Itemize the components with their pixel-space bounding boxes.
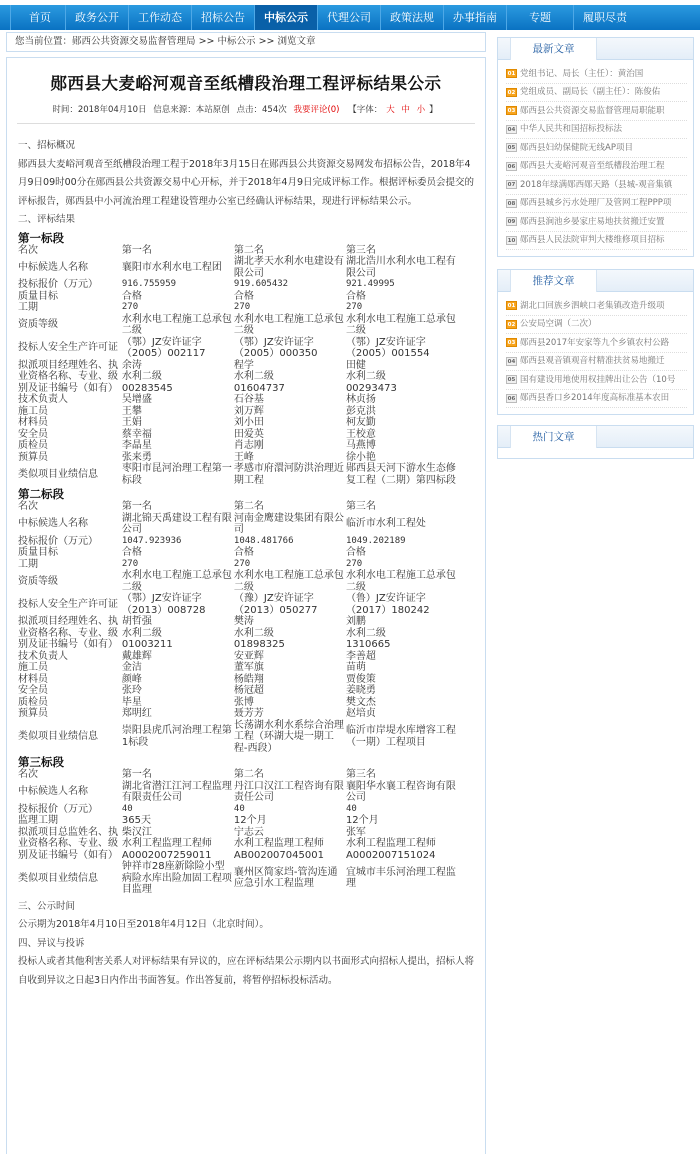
article-link-label: 公安局空调（二次） <box>520 316 597 334</box>
row-label: 名次 <box>18 769 122 781</box>
table-cell: 921.49995 <box>346 279 458 291</box>
table-cell: 水利水电工程施工总承包二级 <box>346 570 458 593</box>
article-link[interactable]: 05国有建设用地使用权挂牌出让公告（10号 <box>506 371 687 390</box>
section1-text: 郧西县大麦峪河观音至纸槽段治理工程于2018年3月15日在郧西县公共资源交易网发… <box>18 156 475 212</box>
row-label: 名次 <box>18 245 122 257</box>
table-row: 投标报价（万元）916.755959919.605432921.49995 <box>18 279 458 291</box>
table-row: 质检员李晶星肖志刚马燕博 <box>18 440 458 452</box>
table-cell: 肖志刚 <box>234 440 346 452</box>
latest-articles-panel: 最新文章 01党组书记、局长（主任）：黄治国02党组成员、副局长（副主任）：陈俊… <box>497 37 694 257</box>
table-cell: 王娟 <box>122 417 234 429</box>
panel-header: 热门文章 <box>498 426 693 448</box>
table-row: 中标候选人名称湖北省潜江江河工程监理有限责任公司丹江口汉江工程咨询有限责任公司襄… <box>18 781 458 804</box>
table-row: 工期270270270 <box>18 559 458 571</box>
table-cell: 临沂市水利工程处 <box>346 513 458 536</box>
row-label: 资质等级 <box>18 570 122 593</box>
row-label: 类似项目业绩信息 <box>18 861 122 896</box>
hot-articles-title: 热门文章 <box>510 426 597 448</box>
hot-articles-panel: 热门文章 <box>497 425 694 459</box>
article-link[interactable]: 03郧西县2017年安家等九个乡镇农村公路 <box>506 334 687 353</box>
table-cell: 张来勇 <box>122 452 234 464</box>
rank-badge-icon: 03 <box>506 338 517 347</box>
rank-badge-icon: 01 <box>506 69 517 78</box>
table-row: 材料员王娟刘小田柯友勤 <box>18 417 458 429</box>
table-cell: 赵培贞 <box>346 708 458 720</box>
table-cell: 水利水电工程施工总承包二级 <box>234 570 346 593</box>
row-label: 投标人安全生产许可证 <box>18 337 122 360</box>
article-link-label: 郧西县城乡污水处理厂及管网工程PPP项 <box>520 195 671 213</box>
article-link-label: 郧西县妇幼保健院无线AP项目 <box>520 139 633 157</box>
row-label: 投标报价（万元） <box>18 279 122 291</box>
article-link[interactable]: 03郧西县公共资源交易监督管理局职能职 <box>506 102 687 121</box>
article-link-label: 郧西县观音镇观音村精准扶贫易地搬迁 <box>520 353 665 371</box>
nav-item-home[interactable]: 首页 <box>10 5 65 30</box>
table-row: 技术负责人吴增盛石谷基林贞扬 <box>18 394 458 406</box>
breadcrumb-link-bureau[interactable]: 郧西公共资源交易监督管理局 <box>72 36 196 47</box>
nav-item-tender-notice[interactable]: 招标公告 <box>191 5 254 30</box>
table-row: 投标人安全生产许可证（鄂）JZ安许证字（2005）002117（鄂）JZ安许证字… <box>18 337 458 360</box>
table-cell: 贾俊策 <box>346 674 458 686</box>
rank-badge-icon: 04 <box>506 357 517 366</box>
recommended-articles-panel: 推荐文章 01湖北口回族乡泗峡口老集镇改造升级项02公安局空调（二次）03郧西县… <box>497 269 694 415</box>
table-cell: 水利水电工程施工总承包二级 <box>122 314 234 337</box>
table-cell: 宜城市丰乐河治理工程监理 <box>346 861 458 896</box>
row-label: 材料员 <box>18 417 122 429</box>
table-row: 安全员张玲杨冠超姜晓勇 <box>18 685 458 697</box>
table-row: 名次第一名第二名第三名 <box>18 501 458 513</box>
table-cell: 柯友勤 <box>346 417 458 429</box>
table-cell: 12个月 <box>346 815 458 827</box>
table-cell: 杨冠超 <box>234 685 346 697</box>
table-cell: 董军旗 <box>234 662 346 674</box>
table-cell: 合格 <box>234 291 346 303</box>
article-link-label: 党组成员、副局长（副主任）：陈俊佑 <box>520 84 660 102</box>
row-label: 质量目标 <box>18 547 122 559</box>
font-medium-button[interactable]: 中 <box>401 105 410 115</box>
table-cell: 樊涛 水利二级 01898325 <box>234 616 346 651</box>
row-label: 拟派项目总监姓名、执业资格名称、专业、级别及证书编号（如有） <box>18 827 122 862</box>
table-row: 质量目标合格合格合格 <box>18 291 458 303</box>
table-cell: 270 <box>234 302 346 314</box>
table-row: 中标候选人名称湖北锦天禹建设工程有限公司河南金鹰建设集团有限公司临沂市水利工程处 <box>18 513 458 536</box>
article-link[interactable]: 04中华人民共和国招标投标法 <box>506 121 687 140</box>
row-label: 技术负责人 <box>18 394 122 406</box>
table-cell: 湖北锦天禹建设工程有限公司 <box>122 513 234 536</box>
row-label: 中标候选人名称 <box>18 513 122 536</box>
table-cell: 365天 <box>122 815 234 827</box>
table-row: 投标人安全生产许可证（鄂）JZ安许证字（2013）008728（豫）JZ安许证字… <box>18 593 458 616</box>
row-label: 投标报价（万元） <box>18 804 122 816</box>
table-cell: 合格 <box>234 547 346 559</box>
table-cell: 270 <box>122 559 234 571</box>
table-cell: 1047.923936 <box>122 536 234 548</box>
row-label: 类似项目业绩信息 <box>18 463 122 486</box>
table-cell: 郑明红 <box>122 708 234 720</box>
latest-articles-list: 01党组书记、局长（主任）：黄治国02党组成员、副局长（副主任）：陈俊佑03郧西… <box>498 60 693 256</box>
comment-link[interactable]: 我要评论(0) <box>293 105 339 115</box>
table-cell: 湖北省潜江江河工程监理有限责任公司 <box>122 781 234 804</box>
row-label: 预算员 <box>18 452 122 464</box>
lot-results-table: 名次第一名第二名第三名中标候选人名称湖北锦天禹建设工程有限公司河南金鹰建设集团有… <box>18 501 458 754</box>
row-label: 施工员 <box>18 662 122 674</box>
breadcrumb-link-award[interactable]: 中标公示 <box>218 36 256 47</box>
info-source: 信息来源：本站原创 <box>153 105 230 115</box>
table-row: 质检员毕星张博樊文杰 <box>18 697 458 709</box>
rank-badge-icon: 06 <box>506 162 517 171</box>
table-row: 施工员金洁董军旗苗萌 <box>18 662 458 674</box>
table-row: 类似项目业绩信息崇阳县虎爪河治理工程第1标段长荡湖水利水系综合治理工程（环湖大堤… <box>18 720 458 755</box>
article-link-label: 郧西县大麦峪河观音至纸槽段治理工程 <box>520 158 665 176</box>
nav-item-agency[interactable]: 代理公司 <box>317 5 380 30</box>
lot-title: 第三标段 <box>18 755 475 769</box>
table-cell: 安亚辉 <box>234 651 346 663</box>
table-cell: 40 <box>346 804 458 816</box>
nav-item-policy[interactable]: 政策法规 <box>380 5 443 30</box>
table-cell: 临沂市岸堤水库增容工程（一期）工程项目 <box>346 720 458 755</box>
table-cell: 合格 <box>346 547 458 559</box>
table-cell: 丹江口汉江工程咨询有限责任公司 <box>234 781 346 804</box>
table-row: 类似项目业绩信息枣阳市昆河治理工程第一标段孝感市府澴河防洪治理近期工程郧西县天河… <box>18 463 458 486</box>
font-size-label: 【字体： <box>348 105 382 115</box>
lot-results-table: 名次第一名第二名第三名中标候选人名称湖北省潜江江河工程监理有限责任公司丹江口汉江… <box>18 769 458 896</box>
table-cell: 马燕博 <box>346 440 458 452</box>
rank-badge-icon: 01 <box>506 301 517 310</box>
table-row: 名次第一名第二名第三名 <box>18 245 458 257</box>
lots-container: 第一标段名次第一名第二名第三名中标候选人名称襄阳市水利水电工程团湖北孝天水利水电… <box>18 231 475 896</box>
table-cell: 270 <box>346 302 458 314</box>
nav-item-work-news[interactable]: 工作动态 <box>128 5 191 30</box>
article-link[interactable]: 09郧西县涧池乡晏家庄易地扶贫搬迁安置 <box>506 213 687 232</box>
section3-text: 公示期为2018年4月10日至2018年4月12日（北京时间）。 <box>18 916 475 935</box>
lot-title: 第二标段 <box>18 487 475 501</box>
breadcrumb-separator: >> <box>199 36 215 47</box>
table-cell: 余涛 水利二级 00283545 <box>122 360 234 395</box>
article-link[interactable]: 06郧西县大麦峪河观音至纸槽段治理工程 <box>506 158 687 177</box>
table-cell: 徐小艳 <box>346 452 458 464</box>
article-panel: 郧西县大麦峪河观音至纸槽段治理工程评标结果公示 时间：2018年04月10日 信… <box>6 57 486 1154</box>
table-cell: 王校意 <box>346 429 458 441</box>
row-label: 技术负责人 <box>18 651 122 663</box>
table-row: 拟派项目总监姓名、执业资格名称、专业、级别及证书编号（如有）柴汉江 水利工程监理… <box>18 827 458 862</box>
table-cell: 40 <box>234 804 346 816</box>
table-cell: （鄂）JZ安许证字（2013）008728 <box>122 593 234 616</box>
table-cell: 王峰 <box>234 452 346 464</box>
table-row: 监理工期365天12个月12个月 <box>18 815 458 827</box>
table-cell: 张玲 <box>122 685 234 697</box>
rank-badge-icon: 06 <box>506 394 517 403</box>
table-cell: 田健 水利二级 00293473 <box>346 360 458 395</box>
table-cell: 程学 水利二级 01604737 <box>234 360 346 395</box>
table-cell: 樊文杰 <box>346 697 458 709</box>
publish-time: 时间：2018年04月10日 <box>52 105 146 115</box>
table-cell: 刘万辉 <box>234 406 346 418</box>
table-row: 拟派项目经理姓名、执业资格名称、专业、级别及证书编号（如有）胡哲强 水利二级 0… <box>18 616 458 651</box>
panel-header: 推荐文章 <box>498 270 693 292</box>
table-row: 拟派项目经理姓名、执业资格名称、专业、级别及证书编号（如有）余涛 水利二级 00… <box>18 360 458 395</box>
row-label: 名次 <box>18 501 122 513</box>
nav-item-gov-affairs[interactable]: 政务公开 <box>65 5 128 30</box>
rank-badge-icon: 02 <box>506 320 517 329</box>
section4-text: 投标人或者其他利害关系人对评标结果有异议的，应在评标结果公示期内以书面形式向招标… <box>18 953 475 990</box>
row-label: 监理工期 <box>18 815 122 827</box>
table-cell: 林贞扬 <box>346 394 458 406</box>
row-label: 质检员 <box>18 440 122 452</box>
table-cell: 12个月 <box>234 815 346 827</box>
table-cell: 刘小田 <box>234 417 346 429</box>
table-cell: 合格 <box>122 547 234 559</box>
table-cell: 湖北浩川水利水电工程有限公司 <box>346 256 458 279</box>
table-cell: 李晶星 <box>122 440 234 452</box>
table-cell: 颜峰 <box>122 674 234 686</box>
divider <box>17 123 475 124</box>
table-cell: 第二名 <box>234 245 346 257</box>
table-cell: 吴增盛 <box>122 394 234 406</box>
row-label: 安全员 <box>18 685 122 697</box>
table-cell: 枣阳市昆河治理工程第一标段 <box>122 463 234 486</box>
article-link-label: 郧西县2017年安家等九个乡镇农村公路 <box>520 334 669 352</box>
table-row: 技术负责人戴雄辉安亚辉李善超 <box>18 651 458 663</box>
click-count: 点击：454次 <box>237 105 287 115</box>
font-large-button[interactable]: 大 <box>386 105 395 115</box>
rank-badge-icon: 08 <box>506 199 517 208</box>
row-label: 拟派项目经理姓名、执业资格名称、专业、级别及证书编号（如有） <box>18 360 122 395</box>
table-cell: 270 <box>234 559 346 571</box>
breadcrumb-prefix: 您当前位置： <box>15 36 72 47</box>
table-cell: 第一名 <box>122 501 234 513</box>
table-cell: 姜晓勇 <box>346 685 458 697</box>
article-link-label: 郧西县人民法院审判大楼维修项目招标 <box>520 232 665 250</box>
recommended-articles-list: 01湖北口回族乡泗峡口老集镇改造升级项02公安局空调（二次）03郧西县2017年… <box>498 292 693 414</box>
section2-heading: 二、评标结果 <box>18 211 475 230</box>
rank-badge-icon: 07 <box>506 180 517 189</box>
breadcrumb-current: 浏览文章 <box>278 36 316 47</box>
lot-results-table: 名次第一名第二名第三名中标候选人名称襄阳市水利水电工程团湖北孝天水利水电建设有限… <box>18 245 458 487</box>
row-label: 施工员 <box>18 406 122 418</box>
table-cell: 田爱英 <box>234 429 346 441</box>
table-cell: 270 <box>122 302 234 314</box>
table-cell: 长荡湖水利水系综合治理工程（环湖大堤一期工程-西段） <box>234 720 346 755</box>
article-link[interactable]: 072018年绿满郧西郧天路（县城-观音集镇 <box>506 176 687 195</box>
table-cell: 919.605432 <box>234 279 346 291</box>
table-cell: 湖北孝天水利水电建设有限公司 <box>234 256 346 279</box>
article-link-label: 郧西县涧池乡晏家庄易地扶贫搬迁安置 <box>520 213 665 231</box>
table-cell: 孝感市府澴河防洪治理近期工程 <box>234 463 346 486</box>
table-cell: 916.755959 <box>122 279 234 291</box>
article-link-label: 郧西县公共资源交易监督管理局职能职 <box>520 102 665 120</box>
rank-badge-icon: 10 <box>506 236 517 245</box>
table-cell: 蔡幸福 <box>122 429 234 441</box>
article-link-label: 2018年绿满郧西郧天路（县城-观音集镇 <box>520 176 672 194</box>
article-link[interactable]: 06郧西县香口乡2014年度高标准基本农田 <box>506 390 687 409</box>
table-cell: 石谷基 <box>234 394 346 406</box>
table-cell: 水利水电工程施工总承包二级 <box>234 314 346 337</box>
panel-header: 最新文章 <box>498 38 693 60</box>
table-cell: 河南金鹰建设集团有限公司 <box>234 513 346 536</box>
table-row: 投标报价（万元）1047.9239361048.4817661049.20218… <box>18 536 458 548</box>
font-size-bracket: 】 <box>429 105 438 115</box>
rank-badge-icon: 04 <box>506 125 517 134</box>
table-cell: （鄂）JZ安许证字（2005）002117 <box>122 337 234 360</box>
table-cell: 张军 水利工程监理工程师 A0002007151024 <box>346 827 458 862</box>
row-label: 工期 <box>18 559 122 571</box>
table-cell: 张博 <box>234 697 346 709</box>
table-cell: 水利水电工程施工总承包二级 <box>346 314 458 337</box>
table-cell: 40 <box>122 804 234 816</box>
row-label: 投标报价（万元） <box>18 536 122 548</box>
breadcrumb: 您当前位置：郧西公共资源交易监督管理局 >> 中标公示 >> 浏览文章 <box>6 32 486 52</box>
nav-item-award-notice[interactable]: 中标公示 <box>254 5 317 30</box>
breadcrumb-separator: >> <box>259 36 275 47</box>
main-nav: 首页 政务公开 工作动态 招标公告 中标公示 代理公司 政策法规 办事指南 专题… <box>0 5 700 30</box>
table-row: 类似项目业绩信息钟祥市28座新除险小型病险水库出险加固工程项目监理襄州区简家垱-… <box>18 861 458 896</box>
table-cell: 胡哲强 水利二级 01003211 <box>122 616 234 651</box>
table-cell: 柴汉江 水利工程监理工程师 A0002007259011 <box>122 827 234 862</box>
rank-badge-icon: 09 <box>506 217 517 226</box>
table-cell: （鄂）JZ安许证字（2005）001554 <box>346 337 458 360</box>
table-cell: 李善超 <box>346 651 458 663</box>
table-row: 质量目标合格合格合格 <box>18 547 458 559</box>
table-row: 名次第一名第二名第三名 <box>18 769 458 781</box>
table-row: 工期270270270 <box>18 302 458 314</box>
font-size-controls: 【字体：大 中 小】 <box>346 105 439 115</box>
table-cell: 苗萌 <box>346 662 458 674</box>
table-cell: 金洁 <box>122 662 234 674</box>
table-cell: 刘鹏 水利二级 1310665 <box>346 616 458 651</box>
row-label: 工期 <box>18 302 122 314</box>
row-label: 中标候选人名称 <box>18 781 122 804</box>
table-cell: 杨皓翔 <box>234 674 346 686</box>
table-row: 投标报价（万元）404040 <box>18 804 458 816</box>
table-row: 中标候选人名称襄阳市水利水电工程团湖北孝天水利水电建设有限公司湖北浩川水利水电工… <box>18 256 458 279</box>
table-cell: 彭克洪 <box>346 406 458 418</box>
article-link[interactable]: 04郧西县观音镇观音村精准扶贫易地搬迁 <box>506 353 687 372</box>
table-cell: 襄州区简家垱-管沟连通应急引水工程监理 <box>234 861 346 896</box>
article-link[interactable]: 02党组成员、副局长（副主任）：陈俊佑 <box>506 84 687 103</box>
article-body: 一、招标概况 郧西县大麦峪河观音至纸槽段治理工程于2018年3月15日在郧西县公… <box>7 137 485 990</box>
table-cell: 崇阳县虎爪河治理工程第1标段 <box>122 720 234 755</box>
section4-heading: 四、异议与投诉 <box>18 935 475 954</box>
recommended-articles-title: 推荐文章 <box>510 270 597 292</box>
article-link[interactable]: 08郧西县城乡污水处理厂及管网工程PPP项 <box>506 195 687 214</box>
article-link[interactable]: 01湖北口回族乡泗峡口老集镇改造升级项 <box>506 297 687 316</box>
row-label: 类似项目业绩信息 <box>18 720 122 755</box>
table-row: 资质等级水利水电工程施工总承包二级水利水电工程施工总承包二级水利水电工程施工总承… <box>18 570 458 593</box>
article-link[interactable]: 10郧西县人民法院审判大楼维修项目招标 <box>506 232 687 251</box>
font-small-button[interactable]: 小 <box>417 105 426 115</box>
table-cell: 戴雄辉 <box>122 651 234 663</box>
table-cell: 合格 <box>346 291 458 303</box>
table-cell: 第二名 <box>234 769 346 781</box>
table-cell: 水利水电工程施工总承包二级 <box>122 570 234 593</box>
row-label: 预算员 <box>18 708 122 720</box>
article-link[interactable]: 05郧西县妇幼保健院无线AP项目 <box>506 139 687 158</box>
article-link-label: 湖北口回族乡泗峡口老集镇改造升级项 <box>520 297 665 315</box>
table-row: 施工员王攀刘万辉彭克洪 <box>18 406 458 418</box>
table-cell: 宁志云 水利工程监理工程师 AB002007045001 <box>234 827 346 862</box>
article-link-label: 郧西县香口乡2014年度高标准基本农田 <box>520 390 669 408</box>
table-cell: （豫）JZ安许证字（2013）050277 <box>234 593 346 616</box>
article-link-label: 中华人民共和国招标投标法 <box>520 121 622 139</box>
table-row: 预算员张来勇王峰徐小艳 <box>18 452 458 464</box>
article-link[interactable]: 01党组书记、局长（主任）：黄治国 <box>506 65 687 84</box>
table-cell: （鲁）JZ安许证字（2017）180242 <box>346 593 458 616</box>
table-row: 安全员蔡幸福田爱英王校意 <box>18 429 458 441</box>
table-cell: 襄阳市水利水电工程团 <box>122 256 234 279</box>
nav-item-guide[interactable]: 办事指南 <box>443 5 506 30</box>
row-label: 质检员 <box>18 697 122 709</box>
row-label: 安全员 <box>18 429 122 441</box>
table-row: 材料员颜峰杨皓翔贾俊策 <box>18 674 458 686</box>
table-cell: 毕星 <box>122 697 234 709</box>
lot-title: 第一标段 <box>18 231 475 245</box>
rank-badge-icon: 02 <box>506 88 517 97</box>
table-cell: 第三名 <box>346 769 458 781</box>
rank-badge-icon: 03 <box>506 106 517 115</box>
table-cell: 第一名 <box>122 245 234 257</box>
table-cell: 1048.481766 <box>234 536 346 548</box>
row-label: 中标候选人名称 <box>18 256 122 279</box>
table-cell: 聂芳芳 <box>234 708 346 720</box>
table-cell: 第三名 <box>346 245 458 257</box>
table-cell: 1049.202189 <box>346 536 458 548</box>
table-cell: 襄阳华水襄工程咨询有限公司 <box>346 781 458 804</box>
nav-item-topics[interactable]: 专题 <box>506 5 573 30</box>
article-link-label: 国有建设用地使用权挂牌出让公告（10号 <box>520 371 675 389</box>
row-label: 质量目标 <box>18 291 122 303</box>
row-label: 材料员 <box>18 674 122 686</box>
row-label: 投标人安全生产许可证 <box>18 593 122 616</box>
nav-item-duties[interactable]: 履职尽责 <box>573 5 636 30</box>
table-cell: 郧西县天河下游水生态修复工程（二期）第四标段 <box>346 463 458 486</box>
table-cell: （鄂）JZ安许证字（2005）000350 <box>234 337 346 360</box>
article-link[interactable]: 02公安局空调（二次） <box>506 316 687 335</box>
table-cell: 第一名 <box>122 769 234 781</box>
article-meta: 时间：2018年04月10日 信息来源：本站原创 点击：454次 我要评论(0)… <box>7 103 485 115</box>
table-row: 预算员郑明红聂芳芳赵培贞 <box>18 708 458 720</box>
table-cell: 第二名 <box>234 501 346 513</box>
rank-badge-icon: 05 <box>506 143 517 152</box>
section3-heading: 三、公示时间 <box>18 898 475 917</box>
latest-articles-title: 最新文章 <box>510 38 597 60</box>
article-title: 郧西县大麦峪河观音至纸槽段治理工程评标结果公示 <box>7 70 485 94</box>
table-cell: 王攀 <box>122 406 234 418</box>
rank-badge-icon: 05 <box>506 375 517 384</box>
table-cell: 270 <box>346 559 458 571</box>
table-cell: 钟祥市28座新除险小型病险水库出险加固工程项目监理 <box>122 861 234 896</box>
table-cell: 合格 <box>122 291 234 303</box>
article-link-label: 党组书记、局长（主任）：黄治国 <box>520 65 643 83</box>
table-cell: 第三名 <box>346 501 458 513</box>
table-row: 资质等级水利水电工程施工总承包二级水利水电工程施工总承包二级水利水电工程施工总承… <box>18 314 458 337</box>
row-label: 资质等级 <box>18 314 122 337</box>
section1-heading: 一、招标概况 <box>18 137 475 156</box>
row-label: 拟派项目经理姓名、执业资格名称、专业、级别及证书编号（如有） <box>18 616 122 651</box>
